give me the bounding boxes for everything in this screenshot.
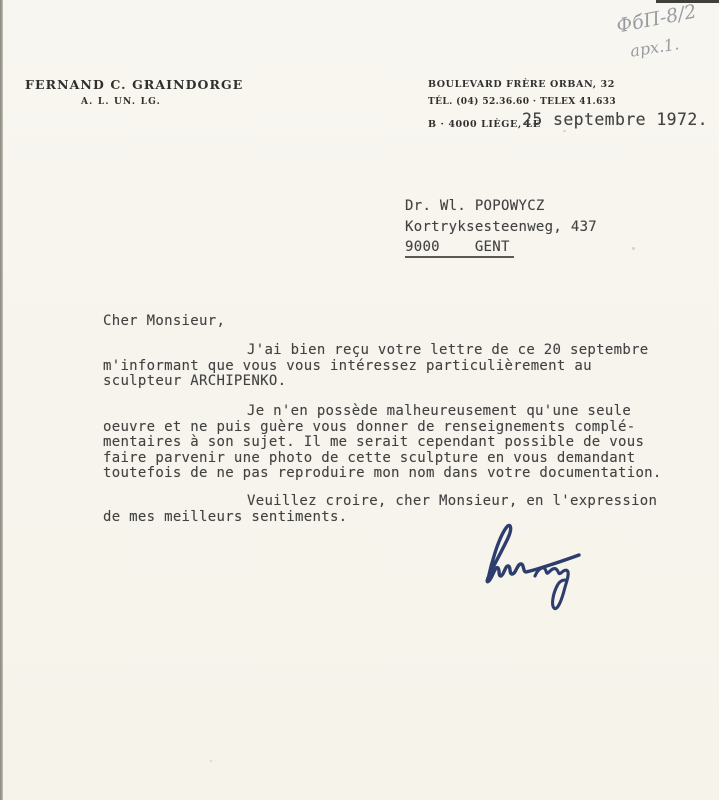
- archive-annotation-2: арх.1.: [629, 34, 681, 60]
- letterhead-phone-telex: TÉL. (04) 52.36.60 · TELEX 41.633: [428, 97, 616, 107]
- paper-speck: [563, 130, 566, 132]
- archive-annotation-1: ФбП-8/2: [615, 0, 699, 37]
- letter-page: ФбП-8/2 арх.1. FERNAND C. GRAINDORGE A. …: [0, 0, 719, 800]
- body-paragraph-2: Je n'en possède malheureusement qu'une s…: [103, 404, 703, 482]
- paper-speck: [210, 760, 212, 762]
- recipient-underline: [405, 256, 514, 258]
- signature-ink: [438, 521, 603, 626]
- body-paragraph-1: J'ai bien reçu votre lettre de ce 20 sep…: [103, 343, 703, 390]
- letterhead-sender-name: FERNAND C. GRAINDORGE: [25, 77, 243, 92]
- recipient-address-block: Dr. Wl. POPOWYCZ Kortryksesteenweg, 437 …: [405, 196, 597, 258]
- paper-speck: [632, 247, 635, 250]
- letterhead-street-address: BOULEVARD FRÈRE ORBAN, 32: [428, 79, 615, 90]
- letter-date: 25 septembre 1972.: [522, 110, 708, 129]
- body-paragraph-3: Veuillez croire, cher Monsieur, en l'exp…: [103, 494, 703, 525]
- salutation: Cher Monsieur,: [103, 314, 225, 330]
- scan-edge-left: [0, 0, 3, 800]
- letterhead-sender-subtitle: A. L. UN. LG.: [25, 97, 217, 107]
